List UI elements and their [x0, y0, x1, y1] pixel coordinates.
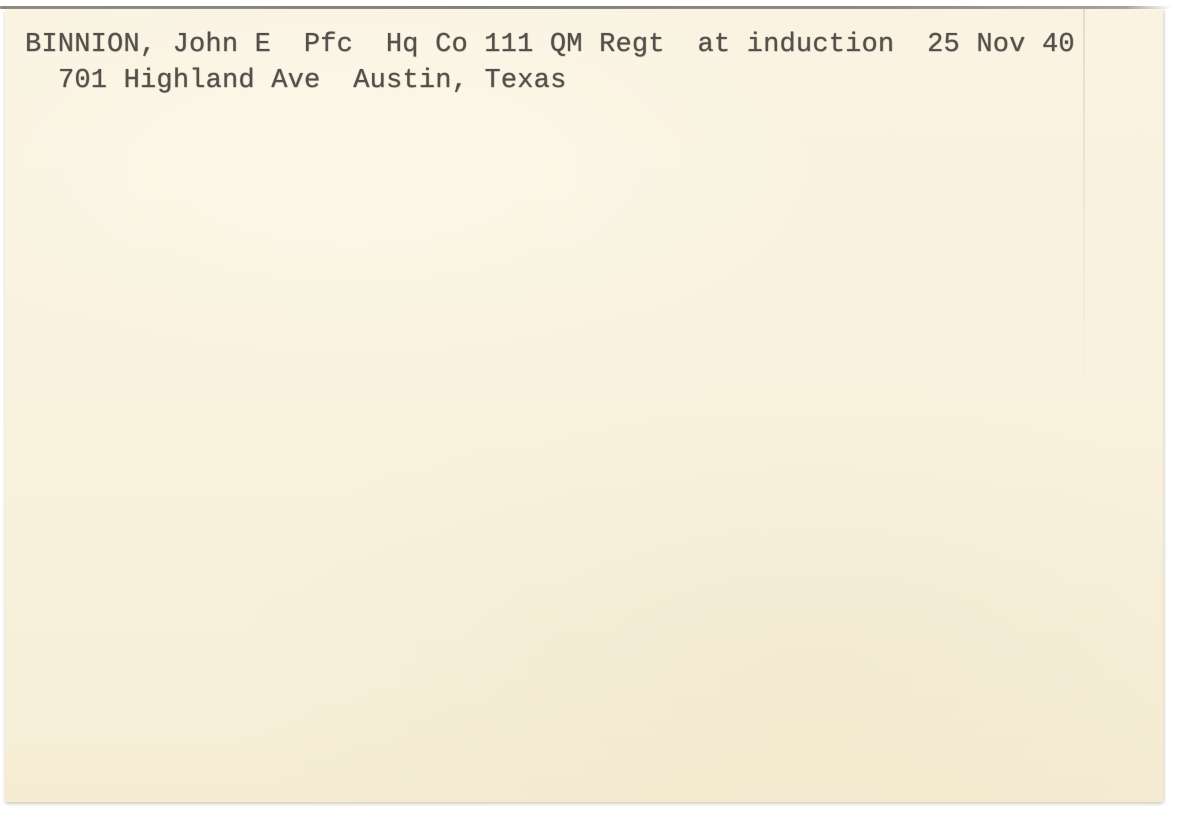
typewritten-line-service-record: BINNION, John E Pfc Hq Co 111 QM Regt at…	[25, 27, 1075, 63]
typewritten-text-block: BINNION, John E Pfc Hq Co 111 QM Regt at…	[25, 27, 1075, 99]
index-card: BINNION, John E Pfc Hq Co 111 QM Regt at…	[5, 9, 1163, 802]
card-crease-mark	[1083, 9, 1085, 399]
scanned-page: BINNION, John E Pfc Hq Co 111 QM Regt at…	[0, 0, 1185, 813]
typewritten-line-address: 701 Highland Ave Austin, Texas	[58, 63, 1075, 99]
